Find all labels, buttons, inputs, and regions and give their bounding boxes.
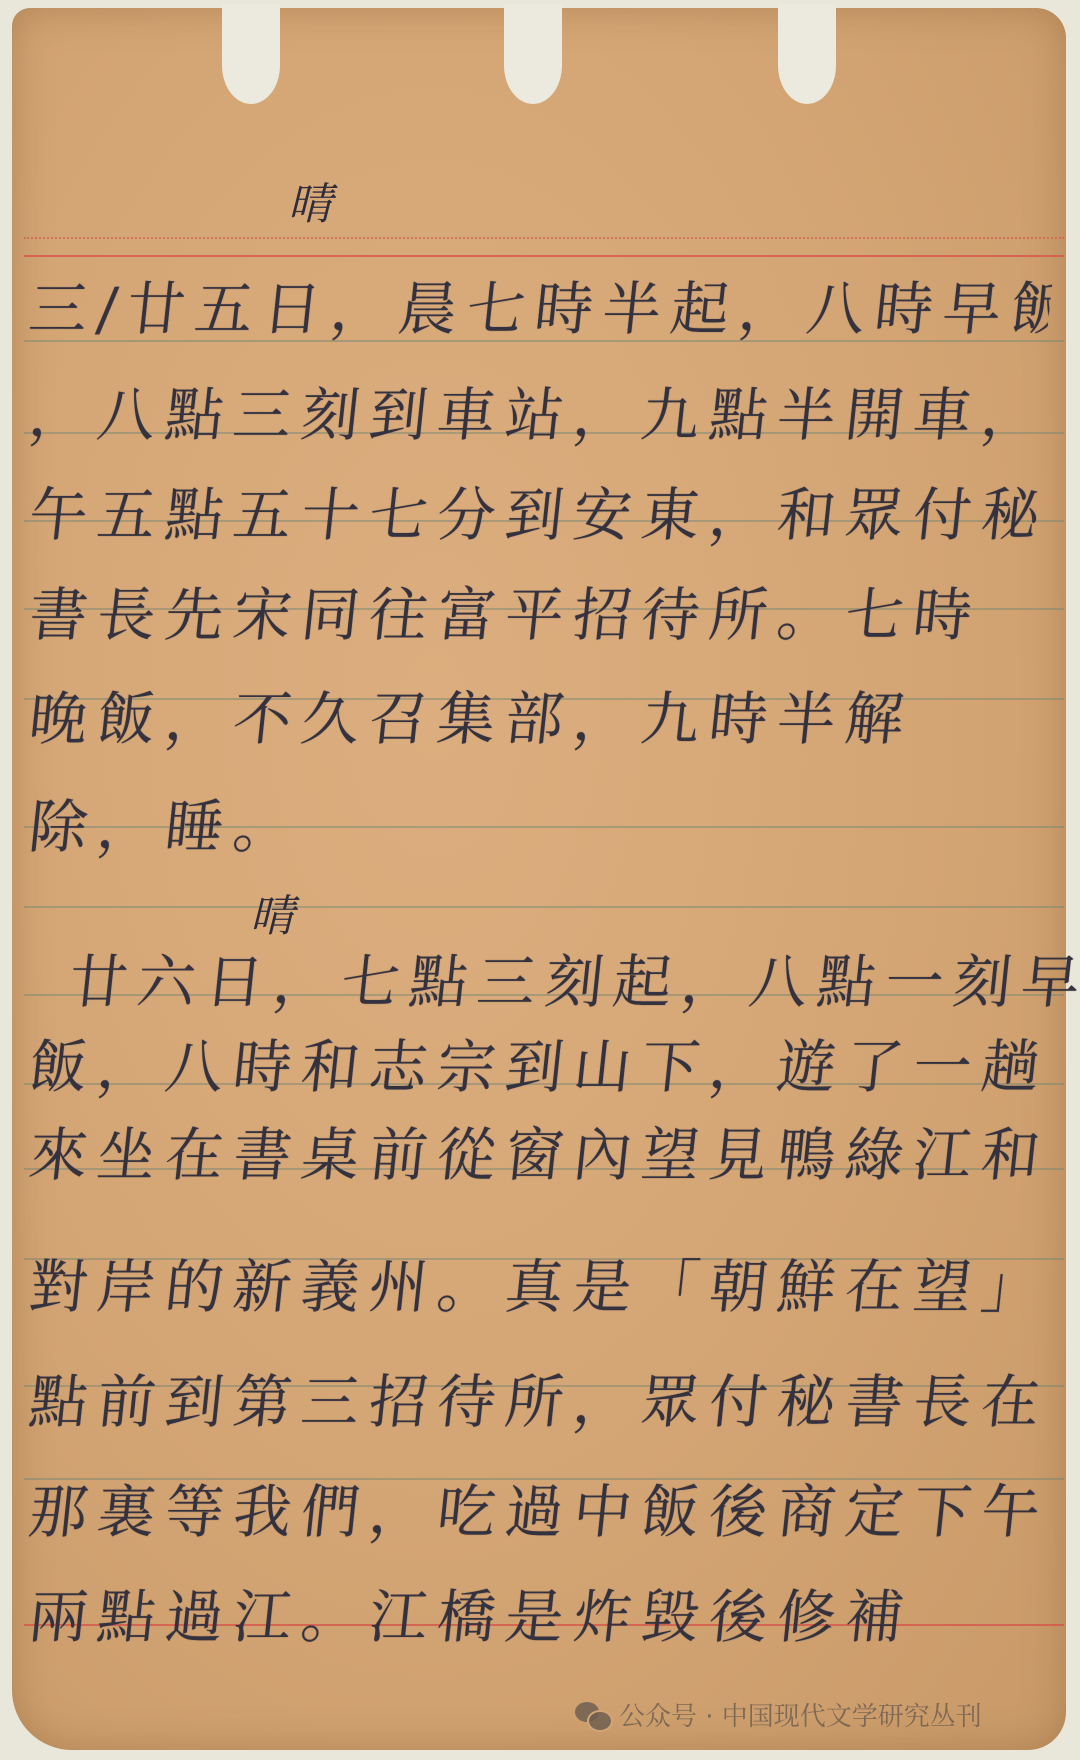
header-rule-dotted bbox=[24, 237, 1064, 239]
header-rule-red bbox=[24, 255, 1064, 257]
diary-line: ，八點三刻到車站，九點半開車，下 bbox=[26, 368, 1055, 452]
diary-line: 除，睡。 bbox=[26, 780, 1055, 864]
diary-line: 三/廿五日，晨七時半起，八時早飯 bbox=[26, 262, 1055, 346]
diary-line: 書長先宋同往富平招待所。七時 bbox=[26, 568, 1055, 652]
binder-notch bbox=[778, 4, 836, 104]
diary-line: 對岸的新義州。真是「朝鮮在望」了。十二 bbox=[26, 1240, 1055, 1324]
diary-line: 飯，八時和志宗到山下，遊了一趟，回 bbox=[26, 1020, 1055, 1104]
wechat-icon bbox=[575, 1700, 611, 1730]
diary-line: 午五點五十七分到安東，和眾付秘 bbox=[26, 468, 1055, 552]
ruled-line bbox=[24, 906, 1064, 908]
binder-notch bbox=[222, 4, 280, 104]
diary-line: 那裏等我們，吃過中飯後商定下午 bbox=[26, 1465, 1055, 1549]
binder-notch bbox=[504, 4, 562, 104]
diary-line: 晚飯，不久召集部，九時半解 bbox=[26, 672, 1055, 756]
diary-line: 兩點過江。江橋是炸毀後修補 bbox=[26, 1570, 1055, 1654]
diary-line: 廿六日，七點三刻起，八點一刻早 bbox=[66, 935, 1080, 1019]
watermark: 公众号 · 中国现代文学研究丛刊 bbox=[575, 1696, 982, 1733]
diary-line: 來坐在書桌前從窗內望見鴨綠江和 bbox=[26, 1108, 1055, 1192]
weather-note-1: 晴 bbox=[288, 168, 332, 232]
diary-line: 點前到第三招待所，眾付秘書長在 bbox=[26, 1355, 1055, 1439]
watermark-text: 公众号 · 中国现代文学研究丛刊 bbox=[619, 1696, 982, 1733]
